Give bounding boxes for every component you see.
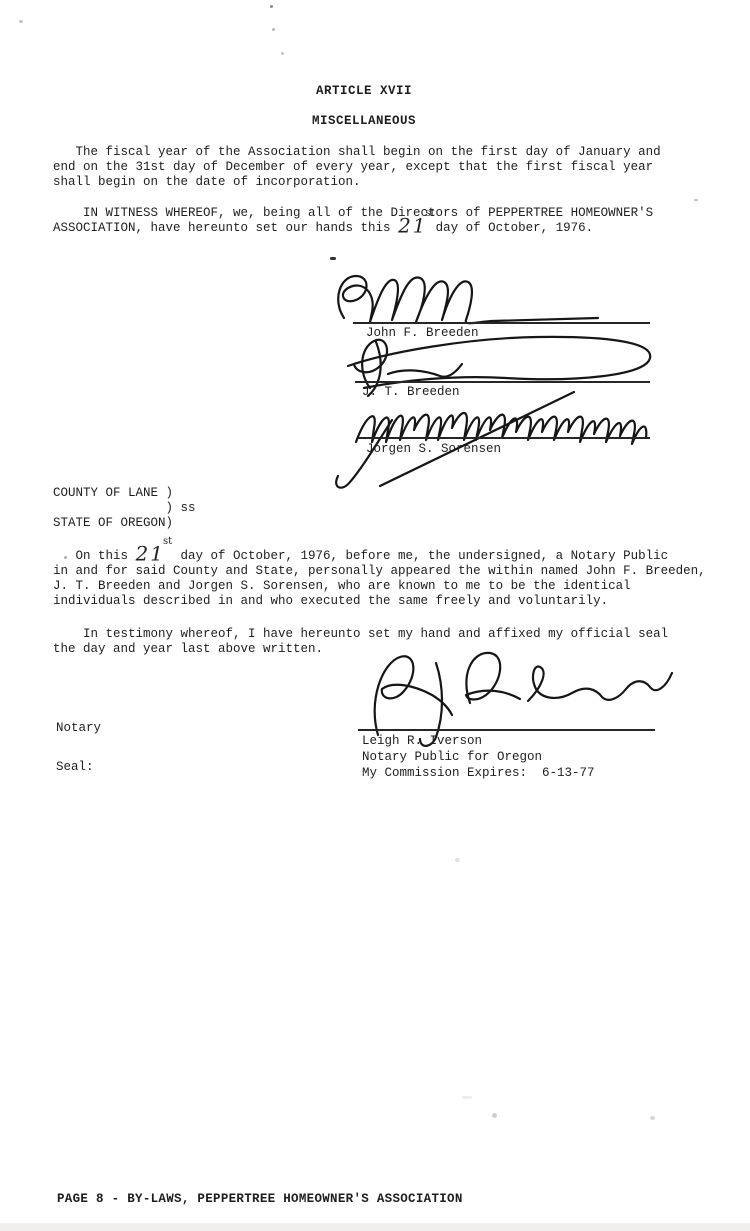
scan-speck [330,257,336,260]
article-heading: ARTICLE XVII [0,84,728,99]
scan-speck [19,20,23,23]
signature-jorgen-s-sorensen-scrawl [322,386,722,492]
signature-line [355,381,650,383]
notary-title: Notary Public for Oregon [362,750,542,765]
signatory-name: John F. Breeden [366,326,479,341]
scan-speck [281,52,284,55]
venue-block: COUNTY OF LANE ) ) ss STATE OF OREGON) [53,486,196,531]
signatory-name: J. T. Breeden [362,385,460,400]
testimony-paragraph: In testimony whereof, I have hereunto se… [53,627,668,657]
scan-speck [64,556,67,559]
signatory-name: Jorgen S. Sorensen [366,442,501,457]
scan-speck [462,1096,472,1099]
scan-speck [270,5,273,8]
article-subheading: MISCELLANEOUS [0,114,728,129]
seal-label: Seal: [56,760,94,775]
witness-paragraph: IN WITNESS WHEREOF, we, being all of the… [53,206,653,236]
scan-speck [492,1113,497,1118]
notary-name: Leigh R. Iverson [362,734,482,749]
signature-line [353,322,650,324]
handwritten-day-21st: 21st [398,223,428,226]
notary-commission: My Commission Expires: 6-13-77 [362,766,595,781]
document-page: ARTICLE XVII MISCELLANEOUS The fiscal ye… [0,0,750,1231]
notary-signature-line [358,729,655,731]
acknowledgment-paragraph: On this 21st day of October, 1976, befor… [53,549,706,609]
scan-edge-shadow [0,1223,750,1231]
scan-speck [455,858,460,862]
notary-label: Notary [56,721,101,736]
fiscal-year-paragraph: The fiscal year of the Association shall… [53,145,661,190]
signature-john-f-breeden-scrawl [330,266,630,330]
signature-line [358,437,650,439]
scan-speck [272,28,275,31]
handwritten-day-21st: 21st [136,551,166,554]
witness-text-after: day of October, 1976. [428,221,593,235]
page-footer: PAGE 8 - BY-LAWS, PEPPERTREE HOMEOWNER'S… [57,1192,463,1207]
scan-speck [650,1116,655,1120]
scan-speck [694,199,698,201]
